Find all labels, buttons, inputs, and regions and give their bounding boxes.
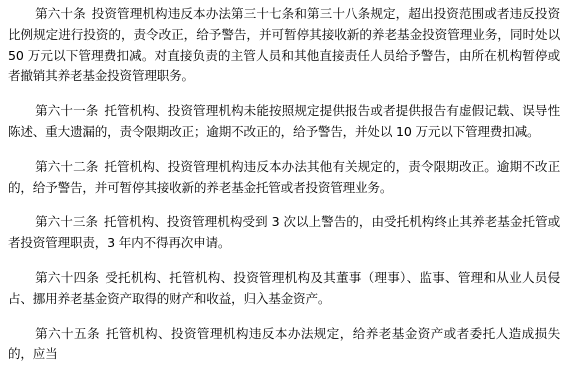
article-60: 第六十条投资管理机构违反本办法第三十七条和第三十八条规定，超出投资范围或者违反投… xyxy=(8,4,560,87)
article-65: 第六十五条托管机构、投资管理机构违反本办法规定，给养老基金资产或者委托人造成损失… xyxy=(8,324,560,366)
article-text: 投资管理机构违反本办法第三十七条和第三十八条规定，超出投资范围或者违反投资比例规… xyxy=(8,6,560,83)
article-number: 第六十五条 xyxy=(35,326,100,341)
article-number: 第六十四条 xyxy=(35,270,99,285)
article-62: 第六十二条托管机构、投资管理机构违反本办法其他有关规定的，责令限期改正。逾期不改… xyxy=(8,157,560,199)
article-number: 第六十条 xyxy=(35,6,86,21)
article-number: 第六十三条 xyxy=(35,214,98,229)
article-number: 第六十一条 xyxy=(35,103,98,118)
article-63: 第六十三条托管机构、投资管理机构受到 3 次以上警告的，由受托机构终止其养老基金… xyxy=(8,212,560,254)
article-61: 第六十一条托管机构、投资管理机构未能按照规定提供报告或者提供报告有虚假记载、误导… xyxy=(8,101,560,143)
article-number: 第六十二条 xyxy=(35,159,98,174)
article-64: 第六十四条受托机构、托管机构、投资管理机构及其董事（理事）、监事、管理和从业人员… xyxy=(8,268,560,310)
document-body: 第六十条投资管理机构违反本办法第三十七条和第三十八条规定，超出投资范围或者违反投… xyxy=(0,0,568,365)
